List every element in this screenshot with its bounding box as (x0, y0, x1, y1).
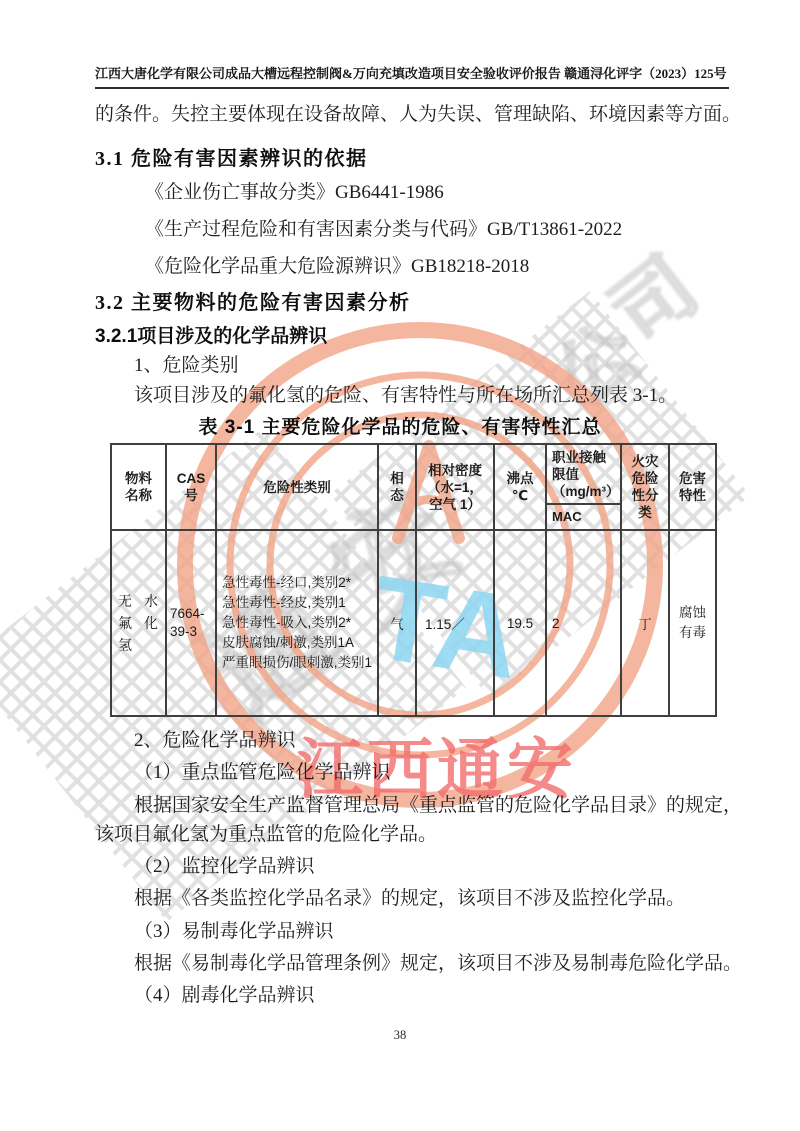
table-data-row: 无水氟化氢 7664-39-3 急性毒性-经口,类别2* 急性毒性-经皮,类别1… (111, 530, 716, 716)
hazard-table: 物料 名称 CAS号 危险性类别 相 态 相对密度 （水=1， 空气 1） 沸点… (110, 443, 717, 717)
cell-phase: 气 (378, 530, 416, 716)
col-header-hazard-class: 危险性类别 (216, 444, 378, 530)
col-header-material: 物料 名称 (111, 444, 166, 530)
cell-cas: 7664-39-3 (166, 530, 216, 716)
paragraph-table-ref: 该项目涉及的氟化氢的危险、有害特性与所在场所汇总列表 3-1。 (134, 384, 677, 408)
page-number: 38 (0, 1028, 800, 1043)
heading-3-1: 3.1 危险有害因素辨识的依据 (95, 142, 368, 171)
heading-3-2-1: 3.2.1项目涉及的化学品辨识 (95, 321, 327, 348)
table-caption: 表 3-1 主要危险化学品的危险、有害特性汇总 (0, 412, 800, 439)
cell-mac-value: 2 (546, 530, 621, 716)
col-header-exposure-limit: 职业接触 限值 （mg/m³） (546, 444, 621, 504)
paragraph-2-line2: 该项目氟化氢为重点监管的危险化学品。 (95, 823, 437, 847)
cell-boiling-point: 19.5 (494, 530, 546, 716)
cell-hazard-class: 急性毒性-经口,类别2* 急性毒性-经皮,类别1 急性毒性-吸入,类别2* 皮肤… (216, 530, 378, 716)
document-page: 通 安 公 司 TA 江西通安 江西大唐化学有限公司成品大槽远程控制阀&万向充填… (0, 0, 800, 1131)
cell-density: 1.15／ (416, 530, 494, 716)
paragraph-3: 根据《各类监控化学品名录》的规定，该项目不涉及监控化学品。 (134, 887, 685, 911)
sub-item-2: （2）监控化学品辨识 (134, 855, 315, 879)
cell-fire-risk: 丁 (621, 530, 669, 716)
col-subheader-mac: MAC (546, 504, 621, 530)
cell-harm: 腐蚀有毒 (669, 530, 716, 716)
paragraph-intro: 的条件。失控主要体现在设备故障、人为失误、管理缺陷、环境因素等方面。 (95, 103, 741, 127)
heading-3-2: 3.2 主要物料的危险有害因素分析 (95, 286, 411, 315)
list-item-2: 2、危险化学品辨识 (134, 729, 296, 753)
col-header-fire-risk: 火灾 危险 性分 类 (621, 444, 669, 530)
sub-item-3: （3）易制毒化学品辨识 (134, 920, 334, 944)
col-header-boiling-point: 沸点 ℃ (494, 444, 546, 530)
content-layer: 江西大唐化学有限公司成品大槽远程控制阀&万向充填改造项目安全验收评价报告 赣通浔… (0, 0, 800, 1131)
col-header-cas: CAS号 (166, 444, 216, 530)
col-header-phase: 相 态 (378, 444, 416, 530)
reference-item: 《企业伤亡事故分类》GB6441-1986 (145, 181, 444, 205)
col-header-density: 相对密度 （水=1， 空气 1） (416, 444, 494, 530)
table-header-row: 物料 名称 CAS号 危险性类别 相 态 相对密度 （水=1， 空气 1） 沸点… (111, 444, 716, 504)
reference-item: 《生产过程危险和有害因素分类与代码》GB/T13861-2022 (145, 218, 622, 242)
paragraph-2-line1: 根据国家安全生产监督管理总局《重点监管的危险化学品目录》的规定， (134, 794, 742, 818)
reference-item: 《危险化学品重大危险源辨识》GB18218-2018 (145, 255, 529, 279)
sub-item-4: （4）剧毒化学品辨识 (134, 984, 315, 1008)
col-header-harm: 危害 特性 (669, 444, 716, 530)
sub-item-1: （1）重点监管危险化学品辨识 (134, 761, 391, 785)
running-header: 江西大唐化学有限公司成品大槽远程控制阀&万向充填改造项目安全验收评价报告 赣通浔… (95, 63, 729, 89)
list-item-1: 1、危险类别 (134, 354, 239, 378)
cell-material: 无水氟化氢 (111, 530, 166, 716)
paragraph-4: 根据《易制毒化学品管理条例》规定，该项目不涉及易制毒危险化学品。 (134, 952, 742, 976)
